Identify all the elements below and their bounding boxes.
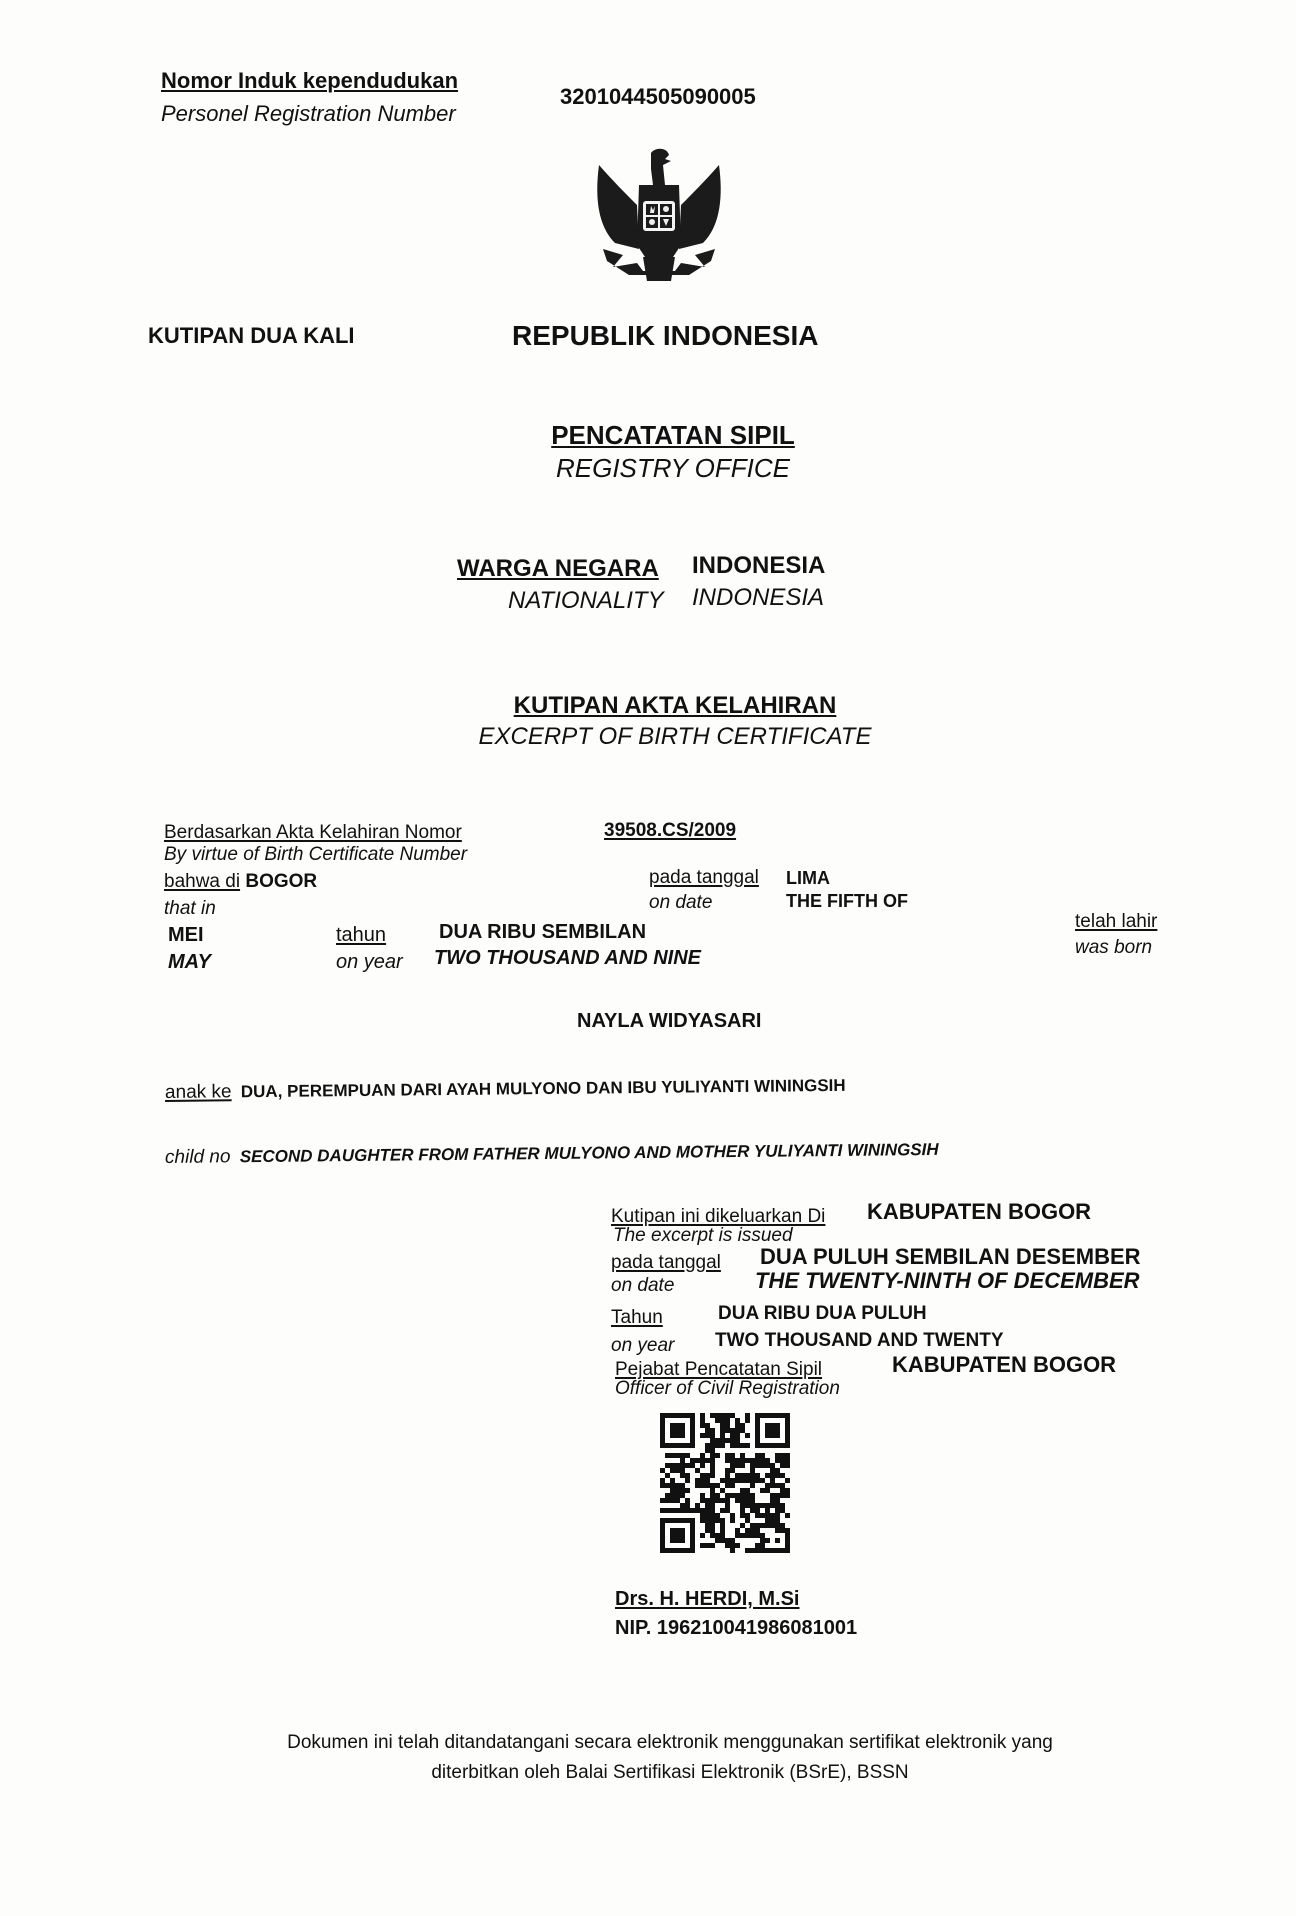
child-order-row-en: child no SECOND DAUGHTER FROM FATHER MUL…	[165, 1140, 939, 1167]
officer-label: Pejabat Pencatatan Sipil	[615, 1360, 822, 1379]
birth-year-en: TWO THOUSAND AND NINE	[434, 948, 701, 968]
nationality-label: WARGA NEGARA	[457, 557, 659, 581]
birth-place-row: bahwa di BOGOR	[164, 872, 317, 891]
birth-year: DUA RIBU SEMBILAN	[439, 922, 646, 942]
birth-month: MEI	[168, 925, 204, 945]
nik-value: 3201044505090005	[560, 86, 756, 108]
nik-label: Nomor Induk kependudukan	[161, 70, 458, 92]
signatory-nip: NIP. 196210041986081001	[615, 1618, 857, 1638]
born-label: telah lahir	[1075, 912, 1157, 931]
child-order-value: DUA, PEREMPUAN DARI AYAH MULYONO DAN IBU…	[241, 1076, 846, 1101]
nik-label-en: Personel Registration Number	[161, 103, 456, 125]
issued-year-label-en: on year	[611, 1336, 674, 1355]
birth-day: LIMA	[786, 869, 830, 887]
issued-date-value-en: THE TWENTY-NINTH OF DECEMBER	[755, 1270, 1140, 1292]
born-label-en: was born	[1075, 938, 1152, 957]
office-title-en: REGISTRY OFFICE	[556, 455, 790, 481]
birth-month-en: MAY	[168, 952, 211, 972]
e-signature-note-line2: diterbitkan oleh Balai Sertifikasi Elekt…	[431, 1763, 908, 1782]
office-title: PENCATATAN SIPIL	[551, 422, 795, 448]
birth-date-label: pada tanggal	[649, 868, 759, 887]
child-order-label: anak ke	[165, 1081, 232, 1103]
e-signature-note-line1: Dokumen ini telah ditandatangani secara …	[287, 1733, 1053, 1752]
copy-note: KUTIPAN DUA KALI	[148, 325, 355, 347]
issued-date-label-en: on date	[611, 1276, 674, 1295]
birth-place-label-en: that in	[164, 899, 216, 918]
nationality-value: INDONESIA	[692, 554, 825, 578]
issued-label: Kutipan ini dikeluarkan Di	[611, 1207, 825, 1226]
child-name: NAYLA WIDYASARI	[577, 1011, 761, 1031]
issued-year-value-en: TWO THOUSAND AND TWENTY	[715, 1331, 1004, 1350]
nationality-value-en: INDONESIA	[692, 586, 824, 610]
birth-year-label-en: on year	[336, 952, 403, 972]
birth-place-label: bahwa di	[164, 871, 240, 892]
issued-year-label: Tahun	[611, 1308, 663, 1327]
issued-label-en: The excerpt is issued	[613, 1226, 793, 1245]
document-title-en: EXCERPT OF BIRTH CERTIFICATE	[479, 725, 872, 749]
issued-place: KABUPATEN BOGOR	[867, 1201, 1091, 1223]
birth-year-label: tahun	[336, 925, 386, 945]
cert-number-label-en: By virtue of Birth Certificate Number	[164, 845, 467, 864]
cert-number-label: Berdasarkan Akta Kelahiran Nomor	[164, 823, 462, 842]
cert-number-value: 39508.CS/2009	[604, 821, 736, 840]
child-order-value-en: SECOND DAUGHTER FROM FATHER MULYONO AND …	[240, 1140, 939, 1166]
issued-year-value: DUA RIBU DUA PULUH	[718, 1304, 927, 1323]
nationality-label-en: NATIONALITY	[508, 589, 664, 613]
issued-date-value: DUA PULUH SEMBILAN DESEMBER	[760, 1246, 1141, 1268]
child-order-label-en: child no	[165, 1146, 231, 1168]
country-title: REPUBLIK INDONESIA	[512, 322, 818, 350]
signatory-name: Drs. H. HERDI, M.Si	[615, 1589, 799, 1609]
qr-code-icon[interactable]	[660, 1413, 790, 1553]
birth-place-value: BOGOR	[245, 871, 317, 892]
child-order-row: anak ke DUA, PEREMPUAN DARI AYAH MULYONO…	[165, 1076, 846, 1102]
issued-date-label: pada tanggal	[611, 1253, 721, 1272]
garuda-emblem-icon	[593, 145, 725, 285]
document-title: KUTIPAN AKTA KELAHIRAN	[514, 694, 837, 718]
birth-date-label-en: on date	[649, 893, 712, 912]
officer-place: KABUPATEN BOGOR	[892, 1354, 1116, 1376]
birth-day-en: THE FIFTH OF	[786, 892, 908, 910]
officer-label-en: Officer of Civil Registration	[615, 1379, 840, 1398]
